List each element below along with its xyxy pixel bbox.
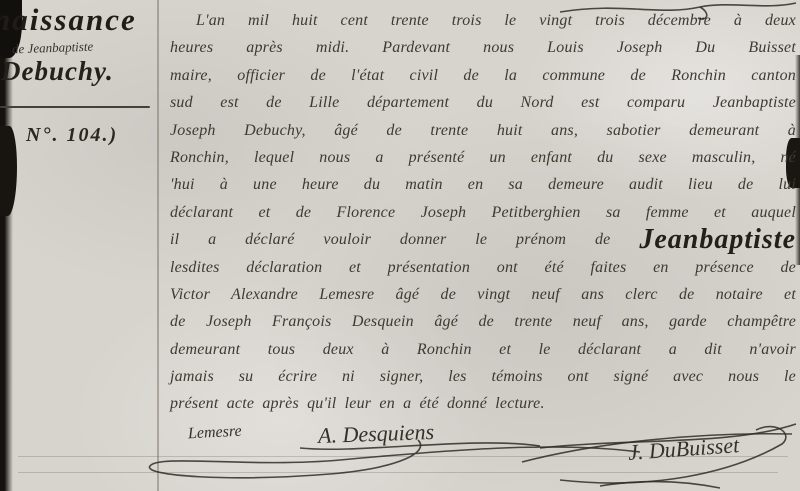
binding-ink-blot (0, 126, 17, 216)
act-line: demeurant tous deux à Ronchin et le décl… (170, 336, 796, 363)
act-line: sud est de Lille département du Nord est… (170, 89, 796, 116)
act-line: de Joseph François Desquein âgé de trent… (170, 308, 796, 335)
dubuisset-flourish (600, 482, 720, 488)
act-line: Victor Alexandre Lemesre âgé de vingt ne… (170, 281, 796, 308)
margin-surname: Debuchy. (1, 56, 114, 87)
given-name-emphasis: Jeanbaptiste (639, 224, 796, 255)
act-line: Ronchin, lequel nous a présenté un enfan… (170, 144, 796, 171)
signature-dubuisset: J. DuBuisset (627, 432, 740, 466)
name-line-prefix: il a déclaré vouloir donner le prénom de (170, 231, 639, 248)
act-line: heures après midi. Pardevant nous Louis … (170, 34, 796, 61)
margin-underline (0, 106, 150, 108)
act-line: Joseph Debuchy, âgé de trente huit ans, … (170, 117, 796, 144)
signature-desquiens: A. Desquiens (318, 419, 435, 449)
margin-divider-line (157, 0, 159, 491)
act-line: L'an mil huit cent trente trois le vingt… (170, 7, 796, 34)
act-line: déclarant et de Florence Joseph Petitber… (170, 199, 796, 226)
margin-act-type: naissance (0, 2, 137, 38)
paper-ruled-line (18, 472, 778, 473)
signature-lemesre: Lemesre (188, 423, 242, 444)
act-line: 'hui à une heure du matin en sa demeure … (170, 171, 796, 198)
act-line: lesdites déclaration et présentation ont… (170, 254, 796, 281)
act-line: présent acte après qu'il leur en a été d… (170, 390, 796, 417)
margin-child-name: de Jeanbaptiste (12, 39, 94, 58)
record-number: N°. 104.) (26, 124, 118, 147)
act-line: maire, officier de l'état civil de la co… (170, 62, 796, 89)
act-line-given-name: il a déclaré vouloir donner le prénom de… (170, 226, 796, 253)
act-body-text: L'an mil huit cent trente trois le vingt… (170, 7, 796, 418)
birth-record-scan: naissance de Jeanbaptiste Debuchy. N°. 1… (0, 0, 800, 491)
act-line: jamais su écrire ni signer, les témoins … (170, 363, 796, 390)
